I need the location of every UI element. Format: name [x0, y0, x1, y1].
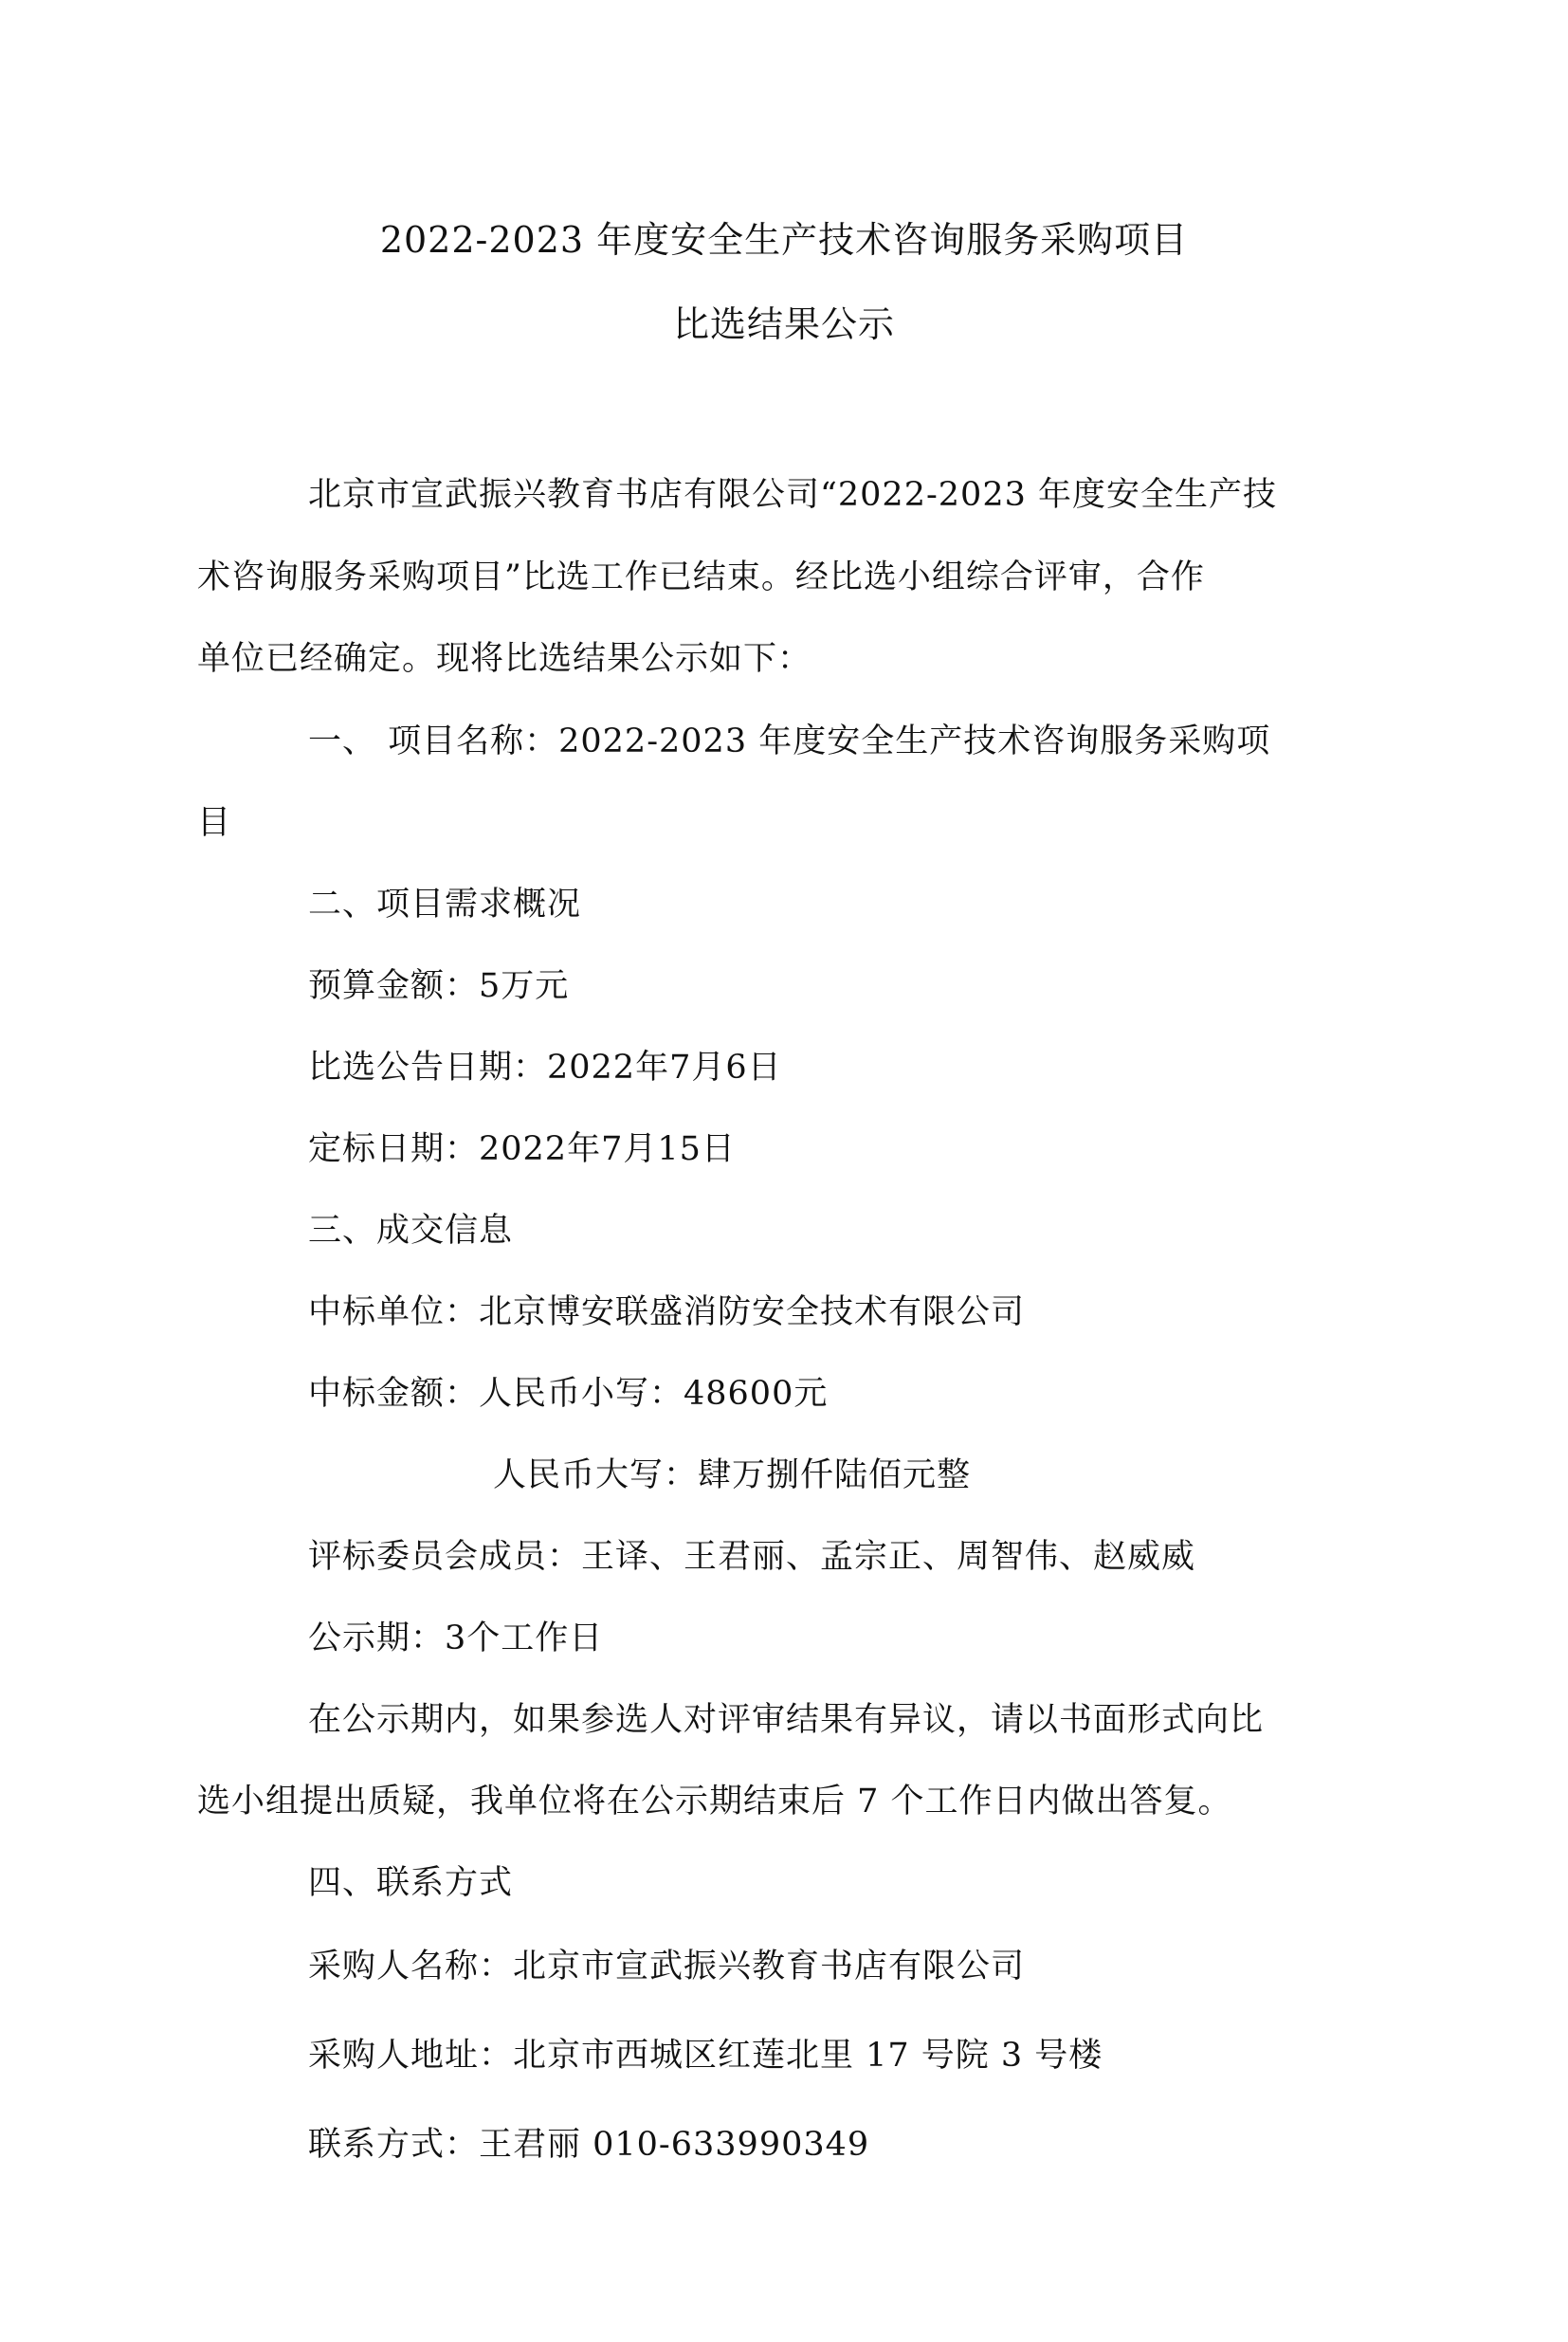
- winning-amount-upper: 人民币大写：肆万捌仟陆佰元整: [493, 1455, 971, 1496]
- document-title-line1: 2022-2023 年度安全生产技术咨询服务采购项目: [0, 210, 1568, 263]
- publicity-period: 公示期：3个工作日: [308, 1618, 603, 1659]
- winning-bidder: 中标单位：北京博安联盛消防安全技术有限公司: [308, 1291, 1025, 1333]
- objection-line1: 在公示期内，如果参选人对评审结果有异议，请以书面形式向比: [308, 1699, 1264, 1741]
- section4-heading: 四、联系方式: [308, 1862, 513, 1904]
- project-name-line1: 一、 项目名称：2022-2023 年度安全生产技术咨询服务采购项: [308, 721, 1270, 762]
- award-date: 定标日期：2022年7月15日: [308, 1128, 736, 1170]
- document-page: 2022-2023 年度安全生产技术咨询服务采购项目 比选结果公示 北京市宣武振…: [0, 0, 1568, 2342]
- purchaser-address: 采购人地址：北京市西城区红莲北里 17 号院 3 号楼: [308, 2035, 1103, 2077]
- intro-paragraph-line2: 术咨询服务采购项目”比选工作已结束。经比选小组综合评审，合作: [197, 557, 1205, 598]
- intro-paragraph-line1: 北京市宣武振兴教育书店有限公司“2022-2023 年度安全生产技: [308, 474, 1277, 516]
- budget-amount: 预算金额：5万元: [308, 965, 569, 1007]
- intro-paragraph-line3: 单位已经确定。现将比选结果公示如下：: [197, 638, 811, 680]
- section2-heading: 二、项目需求概况: [308, 884, 581, 925]
- project-name-line2: 目: [197, 802, 231, 844]
- contact-info: 联系方式：王君丽 010-633990349: [308, 2124, 869, 2166]
- committee-members: 评标委员会成员：王译、王君丽、孟宗正、周智伟、赵威威: [308, 1536, 1195, 1578]
- section3-heading: 三、成交信息: [308, 1210, 513, 1252]
- announcement-date: 比选公告日期：2022年7月6日: [308, 1047, 782, 1089]
- winning-amount-lower: 中标金额：人民币小写：48600元: [308, 1373, 828, 1415]
- objection-line2: 选小组提出质疑，我单位将在公示期结束后 7 个工作日内做出答复。: [197, 1781, 1232, 1822]
- purchaser-name: 采购人名称：北京市宣武振兴教育书店有限公司: [308, 1946, 1025, 1987]
- document-title-line2: 比选结果公示: [0, 295, 1568, 347]
